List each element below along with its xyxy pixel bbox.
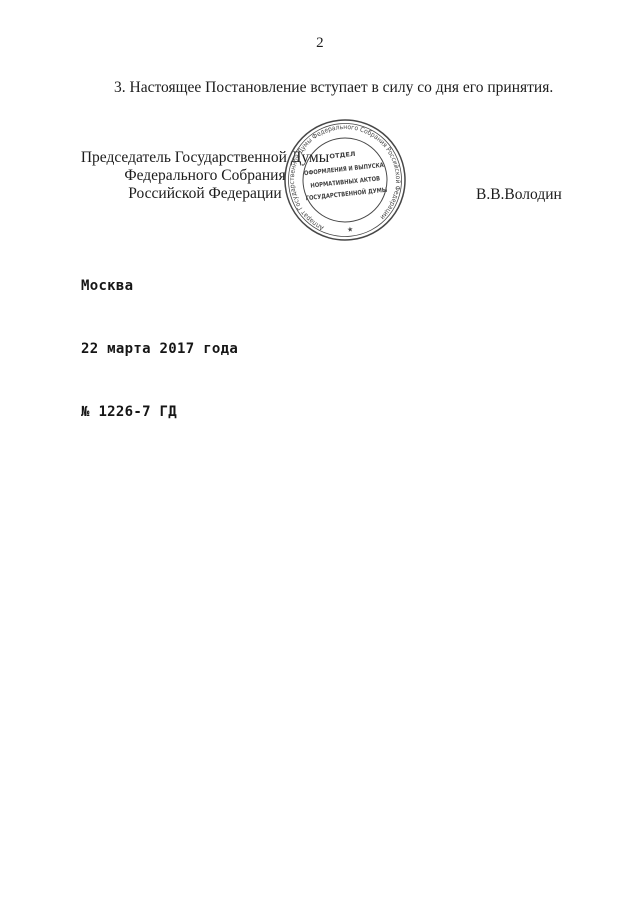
stamp-center-line2: ОФОРМЛЕНИЯ И ВЫПУСКА: [304, 162, 384, 177]
stamp-ring-text: Аппарат Государственной Думы Федеральног…: [282, 117, 407, 235]
signatory-name: В.В.Володин: [476, 186, 562, 204]
issued-number: № 1226-7 ГД: [81, 402, 238, 423]
stamp-center-line1: ОТДЕЛ: [329, 151, 356, 161]
page-number: 2: [0, 35, 640, 52]
issued-block: Москва 22 марта 2017 года № 1226-7 ГД: [81, 234, 238, 465]
body-paragraph: 3. Настоящее Постановление вступает в си…: [114, 78, 564, 97]
stamp-seal-icon: Аппарат Государственной Думы Федеральног…: [276, 111, 414, 249]
issued-date: 22 марта 2017 года: [81, 339, 238, 360]
document-page: 2 3. Настоящее Постановление вступает в …: [0, 0, 640, 905]
svg-text:Аппарат Государственной Думы Ф: Аппарат Государственной Думы Федеральног…: [282, 117, 407, 235]
stamp-star-icon: ★: [347, 225, 354, 234]
official-stamp: Аппарат Государственной Думы Федеральног…: [276, 111, 414, 249]
issued-city: Москва: [81, 276, 238, 297]
